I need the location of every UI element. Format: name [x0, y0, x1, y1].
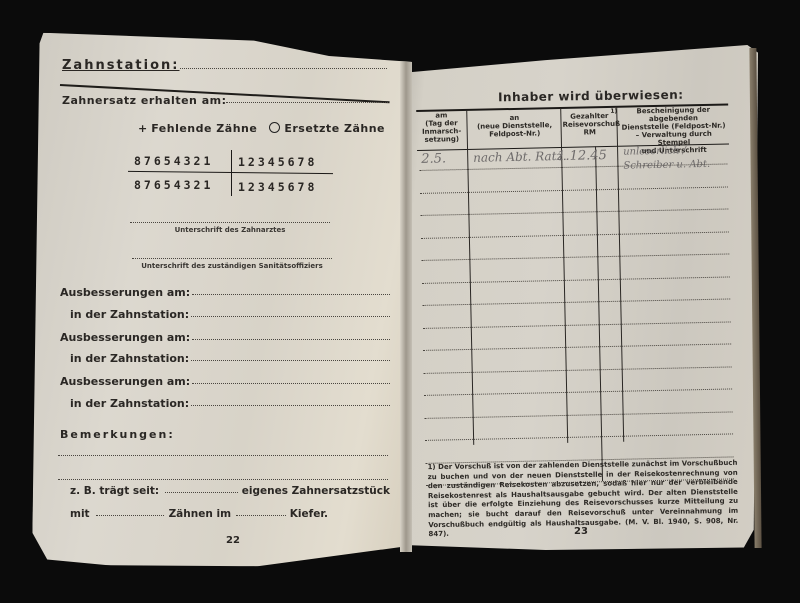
footnote-ref: 1) [610, 108, 617, 116]
table-row [425, 433, 733, 440]
officer-signature-field: Unterschrift des zuständigen Sanitätsoff… [132, 258, 332, 270]
wears-since-field: z. B. trägt seit: eigenes Zahnersatzstüc… [70, 485, 390, 497]
fill-line [236, 515, 286, 516]
page-number-left: 22 [226, 535, 240, 546]
handwritten-unit: nach Abt. Ratz. [473, 149, 567, 165]
repair-3-station: in der Zahnstation: [70, 397, 390, 410]
column-divider [595, 146, 603, 481]
signature-line [130, 222, 330, 223]
repair-1-station: in der Zahnstation: [70, 308, 390, 321]
transfer-table: am (Tag der Inmarsch- setzung) an (neue … [416, 93, 735, 451]
zahnersatz-label: Zahnersatz erhalten am: [62, 94, 226, 107]
handwritten-certification: unleserlich / Schreiber u. Abt. [623, 143, 728, 173]
wears-since-suffix: eigenes Zahnersatzstück [242, 485, 390, 497]
lower-left-teeth: 87654321 [134, 178, 213, 192]
lower-right-teeth: 12345678 [238, 180, 317, 194]
replaced-teeth-legend: Ersetzte Zähne [269, 122, 385, 135]
fill-line [226, 102, 388, 103]
upper-right-teeth: 12345678 [238, 155, 317, 169]
zahnersatz-field: Zahnersatz erhalten am: [62, 94, 388, 107]
col-header-new-unit: an (neue Dienststelle, Feldpost-Nr.) [468, 113, 560, 139]
col-header-date: am (Tag der Inmarsch- setzung) [416, 111, 467, 144]
table-row [424, 366, 732, 373]
kiefer-label: Kiefer. [290, 508, 328, 520]
repair-date-label: Ausbesserungen am: [60, 286, 190, 299]
repair-3-date: Ausbesserungen am: [60, 375, 390, 388]
officer-signature-label: Unterschrift des zuständigen Sanitätsoff… [141, 262, 323, 270]
book-spine [400, 62, 412, 552]
teeth-count-field: mit Zähnen im Kiefer. [70, 508, 328, 520]
table-row [422, 298, 730, 305]
repair-2-station: in der Zahnstation: [70, 352, 390, 365]
wears-since-label: z. B. trägt seit: [70, 485, 159, 497]
fill-line [192, 339, 390, 340]
col-header-advance: Gezahlter Reisevorschuß RM [562, 112, 616, 137]
remarks-line [58, 479, 388, 480]
page-number-right: 23 [574, 526, 588, 537]
fill-line [191, 360, 390, 361]
missing-teeth-legend: + Fehlende Zähne [138, 122, 257, 135]
fill-line [192, 383, 390, 384]
table-row [425, 411, 733, 418]
repair-1-date: Ausbesserungen am: [60, 286, 390, 299]
table-row [421, 253, 729, 260]
repair-2-date: Ausbesserungen am: [60, 331, 390, 344]
open-booklet: Zahnstation: Zahnersatz erhalten am: + F… [0, 0, 800, 603]
fill-line [192, 294, 390, 295]
repair-date-label: Ausbesserungen am: [60, 375, 190, 388]
fill-line [191, 405, 390, 406]
circle-icon [269, 122, 280, 133]
handwritten-transfer-date: 1.12.45 [557, 148, 607, 164]
missing-teeth-label: Fehlende Zähne [151, 122, 257, 135]
handwritten-date: 2.5. [421, 151, 446, 167]
dentist-signature-label: Unterschrift des Zahnarztes [175, 226, 286, 234]
signature-line [132, 258, 332, 259]
mit-label: mit [70, 508, 90, 520]
fill-line [191, 316, 390, 317]
table-row [423, 343, 731, 350]
repair-station-label: in der Zahnstation: [70, 308, 189, 321]
replaced-teeth-label: Ersetzte Zähne [284, 122, 385, 135]
fill-line [165, 492, 238, 493]
dentist-signature-field: Unterschrift des Zahnarztes [130, 222, 330, 234]
zahnstation-label: Zahnstation: [62, 58, 180, 73]
remarks-line [58, 455, 388, 456]
table-row [424, 388, 732, 395]
zahnstation-field: Zahnstation: [62, 58, 387, 73]
table-row [422, 276, 730, 283]
fill-line [96, 515, 164, 516]
zaehnen-im-label: Zähnen im [169, 508, 231, 520]
table-row [421, 231, 729, 238]
repair-date-label: Ausbesserungen am: [60, 331, 190, 344]
remarks-label: Bemerkungen: [60, 428, 175, 441]
teeth-chart: 87654321 12345678 87654321 12345678 [128, 148, 333, 200]
table-row [420, 208, 728, 215]
fill-line [180, 68, 388, 69]
repair-station-label: in der Zahnstation: [70, 397, 189, 410]
plus-icon: + [138, 122, 148, 135]
table-row [423, 321, 731, 328]
teeth-legend: + Fehlende Zähne Ersetzte Zähne [138, 122, 385, 135]
upper-left-teeth: 87654321 [134, 154, 213, 168]
table-row [420, 186, 728, 193]
repair-station-label: in der Zahnstation: [70, 352, 189, 365]
